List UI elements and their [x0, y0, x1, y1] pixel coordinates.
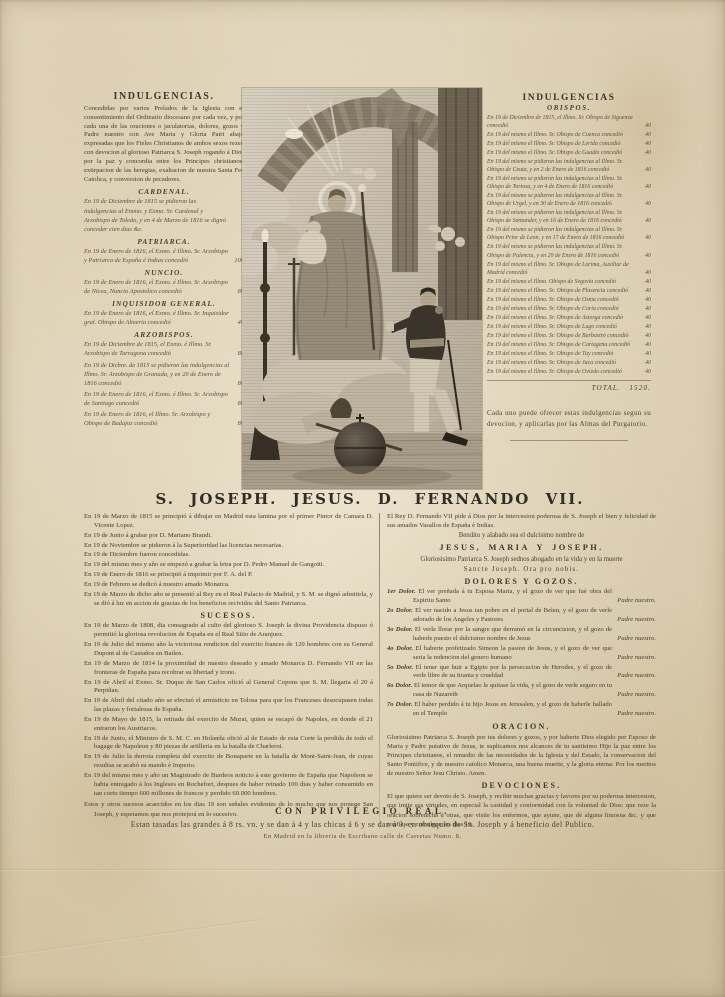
patriarca-invocation-line: Gloriosisimo Patriarca S. Joseph sednos …	[387, 555, 656, 565]
indulgence-entry: En 19 del mismo el Illmo. Sr. Obispo de …	[487, 350, 651, 358]
dolor-entry: 5o Dolor. El tener que huir a Egipto por…	[387, 664, 656, 682]
history-entry: En 19 de Enero de 1816 se principió á im…	[84, 571, 373, 580]
suceso-entry: En 19 de Julio del mismo año la victorio…	[84, 641, 373, 659]
indulgence-entry: En 19 de Dicbre. de 1815 se pidieron las…	[84, 361, 244, 388]
dolores-list: 1er Dolor. El ver preñada á tu Esposa Ma…	[387, 588, 656, 718]
imprint-footer: CON PRIVILEGIO REAL. Estan tasadas las g…	[60, 806, 665, 840]
indulgence-entry: En 19 del mismo se pidieron las indulgen…	[487, 158, 651, 174]
dolor-entry: 6o Dolor. El temor de que Arquelao le qu…	[387, 682, 656, 700]
indulgence-entry: En 19 de Enero de 1816, el Exmo. é Illmo…	[84, 309, 244, 327]
total-row: TOTAL. 1520.	[487, 380, 651, 392]
left-column-heading: INDULGENCIAS.	[84, 91, 244, 102]
indulgence-entry: En 19 del mismo se pidieron las indulgen…	[487, 192, 651, 208]
dolor-entry: 1er Dolor. El ver preñada á tu Esposa Ma…	[387, 588, 656, 606]
sucesos-list: En 19 de Marzo de 1808, dia consagrado a…	[84, 622, 373, 798]
holy-names-line: JESUS, MARIA Y JOSEPH.	[387, 542, 656, 554]
sucesos-heading: SUCESOS.	[84, 611, 373, 620]
indulgence-days-value: 40	[645, 305, 651, 313]
indulgence-entry: En 19 del mismo el Illmo. Sr. Obispo de …	[487, 305, 651, 313]
indulgence-entry: En 19 de Enero de 1816, el Exmo. é Illmo…	[84, 247, 244, 265]
indulgence-entry: En 19 de Enero de 1816, el Illmo. Sr. Ar…	[84, 410, 244, 428]
obispos-entries: En 19 de Diciembre de 1815, el Illmo. Sr…	[487, 114, 651, 376]
patriarca-entries: En 19 de Enero de 1816, el Exmo. é Illmo…	[84, 247, 244, 265]
section-heading-nuncio: NUNCIO.	[84, 268, 244, 277]
section-heading-patriarca: PATRIARCA.	[84, 237, 244, 246]
dolor-entry: 4o Dolor. El haberte profetizado Simeon …	[387, 645, 656, 663]
dolor-entry: 3o Dolor. El verle llorar por la sangre …	[387, 626, 656, 644]
indulgence-days-value: 40	[645, 149, 651, 157]
dolor-response: Padre nuestro.	[617, 710, 656, 719]
dolor-label: 5o Dolor.	[387, 664, 413, 671]
indulgence-days-value: 40	[645, 287, 651, 295]
indulgence-entry: En 19 de Enero de 1816, el Exmo. é Illmo…	[84, 278, 244, 296]
rule-divider	[510, 440, 628, 441]
indulgence-days-value: 40	[645, 217, 651, 225]
suceso-entry: En 19 de Marzo de 1808, dia consagrado a…	[84, 622, 373, 640]
arzobispos-entries: En 19 de Diciembre de 1815, el Exmo. é I…	[84, 340, 244, 428]
indulgence-days-value: 40	[645, 323, 651, 331]
indulgence-days-value: 40	[645, 200, 651, 208]
indulgence-days-value: 40	[645, 350, 651, 358]
indulgence-entry: En 19 del mismo se pidieron las indulgen…	[487, 175, 651, 191]
indulgencias-intro-paragraph: Concedidas por varios Prelados de la Igl…	[84, 105, 244, 184]
privilege-line: CON PRIVILEGIO REAL.	[60, 806, 665, 816]
indulgence-days-value: 40	[645, 131, 651, 139]
dolor-entry: 2o Dolor. El ver nacido a Jesus tan pobr…	[387, 607, 656, 625]
address-line: En Madrid en la libreria de Escribano ca…	[60, 833, 665, 840]
sancte-joseph-line: Sancte Joseph. Ora pro nobis.	[387, 565, 656, 575]
dolor-label: 1er Dolor.	[387, 588, 416, 595]
engraving-st-joseph-jesus-fernando-vii	[242, 88, 482, 489]
indulgence-days-value: 40	[645, 183, 651, 191]
history-entry: En 19 de Diciembre fueron concedidas.	[84, 551, 373, 560]
devociones-heading: DEVOCIONES.	[387, 781, 656, 790]
lamina-and-sucesos-column: En 19 de Marzo de 1815 se principió á di…	[84, 513, 379, 829]
indulgence-days-value: 40	[645, 314, 651, 322]
suceso-entry: En 19 del mismo mes y año un Magistrado …	[84, 772, 373, 799]
price-line: Estan tasadas las grandes á 8 rs. vn. y …	[60, 820, 665, 829]
indulgence-entry: En 19 del mismo el Illmo. Sr. Obispo de …	[487, 314, 651, 322]
dolor-label: 4o Dolor.	[387, 645, 413, 652]
paper-crease	[0, 919, 259, 963]
indulgence-days-value: 40	[645, 332, 651, 340]
suceso-entry: En 19 de Julio la derrota completa del e…	[84, 753, 373, 771]
suceso-entry: En 19 de Marzo de 1814 la proximidad de …	[84, 660, 373, 678]
foxing-stain	[300, 880, 520, 980]
indulgence-entry: En 19 del mismo el Illmo. Sr. Obispo de …	[487, 261, 651, 277]
paper-crease	[0, 869, 725, 871]
indulgence-entry: En 19 del mismo se pidieron las indulgen…	[487, 243, 651, 259]
suceso-entry: En 19 de Abril del citado año se efectuó…	[84, 697, 373, 715]
indulgence-days-value: 40	[645, 140, 651, 148]
lamina-history-list: En 19 de Marzo de 1815 se principió á di…	[84, 513, 373, 608]
dolor-response: Padre nuestro.	[617, 654, 656, 663]
indulgence-days-value: 40	[645, 296, 651, 304]
indulgence-days-value: 40	[645, 359, 651, 367]
indulgence-entry: En 19 del mismo el Illmo. Sr. Obispo de …	[487, 140, 651, 148]
inquisidor-entries: En 19 de Enero de 1816, el Exmo. é Illmo…	[84, 309, 244, 327]
purgatorio-note: Cada uno puede ofrecer estas indulgencia…	[487, 408, 651, 430]
indulgencias-obispos-column: INDULGENCIAS OBISPOS. En 19 de Diciembre…	[487, 93, 651, 441]
indulgence-days-value: 40	[645, 269, 651, 277]
history-entry: En 19 de Marzo de dicho año se presentó …	[84, 591, 373, 609]
dolores-gozos-heading: DOLORES Y GOZOS.	[387, 577, 656, 586]
indulgence-entry: En 19 del mismo se pidieron las indulgen…	[487, 226, 651, 242]
right-column-heading: INDULGENCIAS	[487, 93, 651, 103]
indulgence-days-value: 40	[645, 166, 651, 174]
history-entry: En 19 del mismo mes y año se empezó a gr…	[84, 561, 373, 570]
history-entry: En 19 de Febrero se dedicó á nuestro ama…	[84, 581, 373, 590]
indulgence-entry: En 19 del mismo el Illmo. Sr. Obispo de …	[487, 323, 651, 331]
indulgence-days-value: 40	[645, 234, 651, 242]
indulgence-days-value: 40	[645, 278, 651, 286]
cardenal-entries: En 19 de Diciembre de 1815 se pidieron l…	[84, 197, 244, 233]
indulgence-days-value: 40	[645, 368, 651, 376]
dolor-response: Padre nuestro.	[617, 597, 656, 606]
history-entry: En 19 de Junio á grabar por D. Mariano B…	[84, 532, 373, 541]
page-title: S. JOSEPH. JESUS. D. FERNANDO VII.	[85, 490, 655, 508]
total-label: TOTAL.	[591, 383, 620, 392]
engraving-scene	[242, 88, 482, 489]
history-entry: En 19 de Marzo de 1815 se principió á di…	[84, 513, 373, 531]
oracion-paragraph: Gloriosisimo Patriarca S. Joseph por tus…	[387, 733, 656, 778]
total-value: 1520.	[629, 383, 651, 392]
dolor-label: 3o Dolor.	[387, 626, 413, 633]
dolor-response: Padre nuestro.	[617, 691, 656, 700]
indulgence-days-value: 40	[645, 252, 651, 260]
dolor-label: 7o Dolor.	[387, 701, 413, 708]
suceso-entry: En 19 de Mayo de 1815, la retirada del e…	[84, 716, 373, 734]
suceso-entry: En 19 de Junio, el Ministro de S. M. C. …	[84, 735, 373, 753]
indulgence-entry: En 19 del mismo el Illmo. Sr. Obispo de …	[487, 149, 651, 157]
indulgence-days-value: 40	[645, 341, 651, 349]
oracion-heading: ORACION.	[387, 722, 656, 731]
devotions-column: El Rey D. Fernando VII pide á Dios por l…	[380, 513, 656, 829]
section-heading-arzobispos: ARZOBISPOS.	[84, 330, 244, 339]
section-heading-cardenal: CARDENAL.	[84, 187, 244, 196]
fernando-intro-paragraph: El Rey D. Fernando VII pide á Dios por l…	[387, 513, 656, 531]
print-sheet: INDULGENCIAS. Concedidas por varios Prel…	[0, 0, 725, 997]
indulgence-entry: En 19 del mismo el Illmo. Sr. Obispo de …	[487, 368, 651, 376]
section-heading-inquisidor: INQUISIDOR GENERAL.	[84, 299, 244, 308]
indulgence-days-value: 40	[645, 122, 651, 130]
indulgence-entry: En 19 de Diciembre de 1815, el Exmo. é I…	[84, 340, 244, 358]
indulgence-entry: En 19 del mismo el Illmo. Sr. Obispo de …	[487, 359, 651, 367]
bendito-line: Bendito y alabado sea el dulcisimo nombr…	[387, 531, 656, 541]
suceso-entry: En 19 de Abril el Exmo. Sr. Duque de San…	[84, 679, 373, 697]
indulgence-entry: En 19 de Diciembre de 1815 se pidieron l…	[84, 197, 244, 233]
indulgence-entry: En 19 del mismo el Illmo. Sr. Obispo de …	[487, 131, 651, 139]
dolor-entry: 7o Dolor. El haber perdido á tu hijo Jes…	[387, 701, 656, 719]
indulgence-entry: En 19 del mismo el Illmo. Sr. Obispo de …	[487, 341, 651, 349]
indulgence-entry: En 19 del mismo el Illmo. Obispo de Sego…	[487, 278, 651, 286]
indulgence-entry: En 19 del mismo se pidieron las indulgen…	[487, 209, 651, 225]
indulgencias-left-column: INDULGENCIAS. Concedidas por varios Prel…	[84, 91, 244, 430]
nuncio-entries: En 19 de Enero de 1816, el Exmo. é Illmo…	[84, 278, 244, 296]
dolor-label: 6o Dolor.	[387, 682, 412, 689]
obispos-subheading: OBISPOS.	[487, 104, 651, 112]
dove-of-holy-spirit	[285, 129, 303, 139]
history-entry: En 19 de Noviembre se pidieron á la Supe…	[84, 542, 373, 551]
indulgence-entry: En 19 del mismo el Illmo. Sr. Obispo de …	[487, 287, 651, 295]
indulgence-entry: En 19 de Diciembre de 1815, el Illmo. Sr…	[487, 114, 651, 130]
dolor-response: Padre nuestro.	[617, 672, 656, 681]
dolor-response: Padre nuestro.	[617, 635, 656, 644]
lower-text-body: En 19 de Marzo de 1815 se principió á di…	[84, 513, 656, 829]
dolor-response: Padre nuestro.	[617, 616, 656, 625]
dolor-label: 2o Dolor.	[387, 607, 413, 614]
indulgence-entry: En 19 de Enero de 1816, el Exmo. é Illmo…	[84, 390, 244, 408]
indulgence-entry: En 19 del mismo el Illmo. Sr. Obispo de …	[487, 332, 651, 340]
indulgence-entry: En 19 del mismo el Illmo. Sr. Obispo de …	[487, 296, 651, 304]
